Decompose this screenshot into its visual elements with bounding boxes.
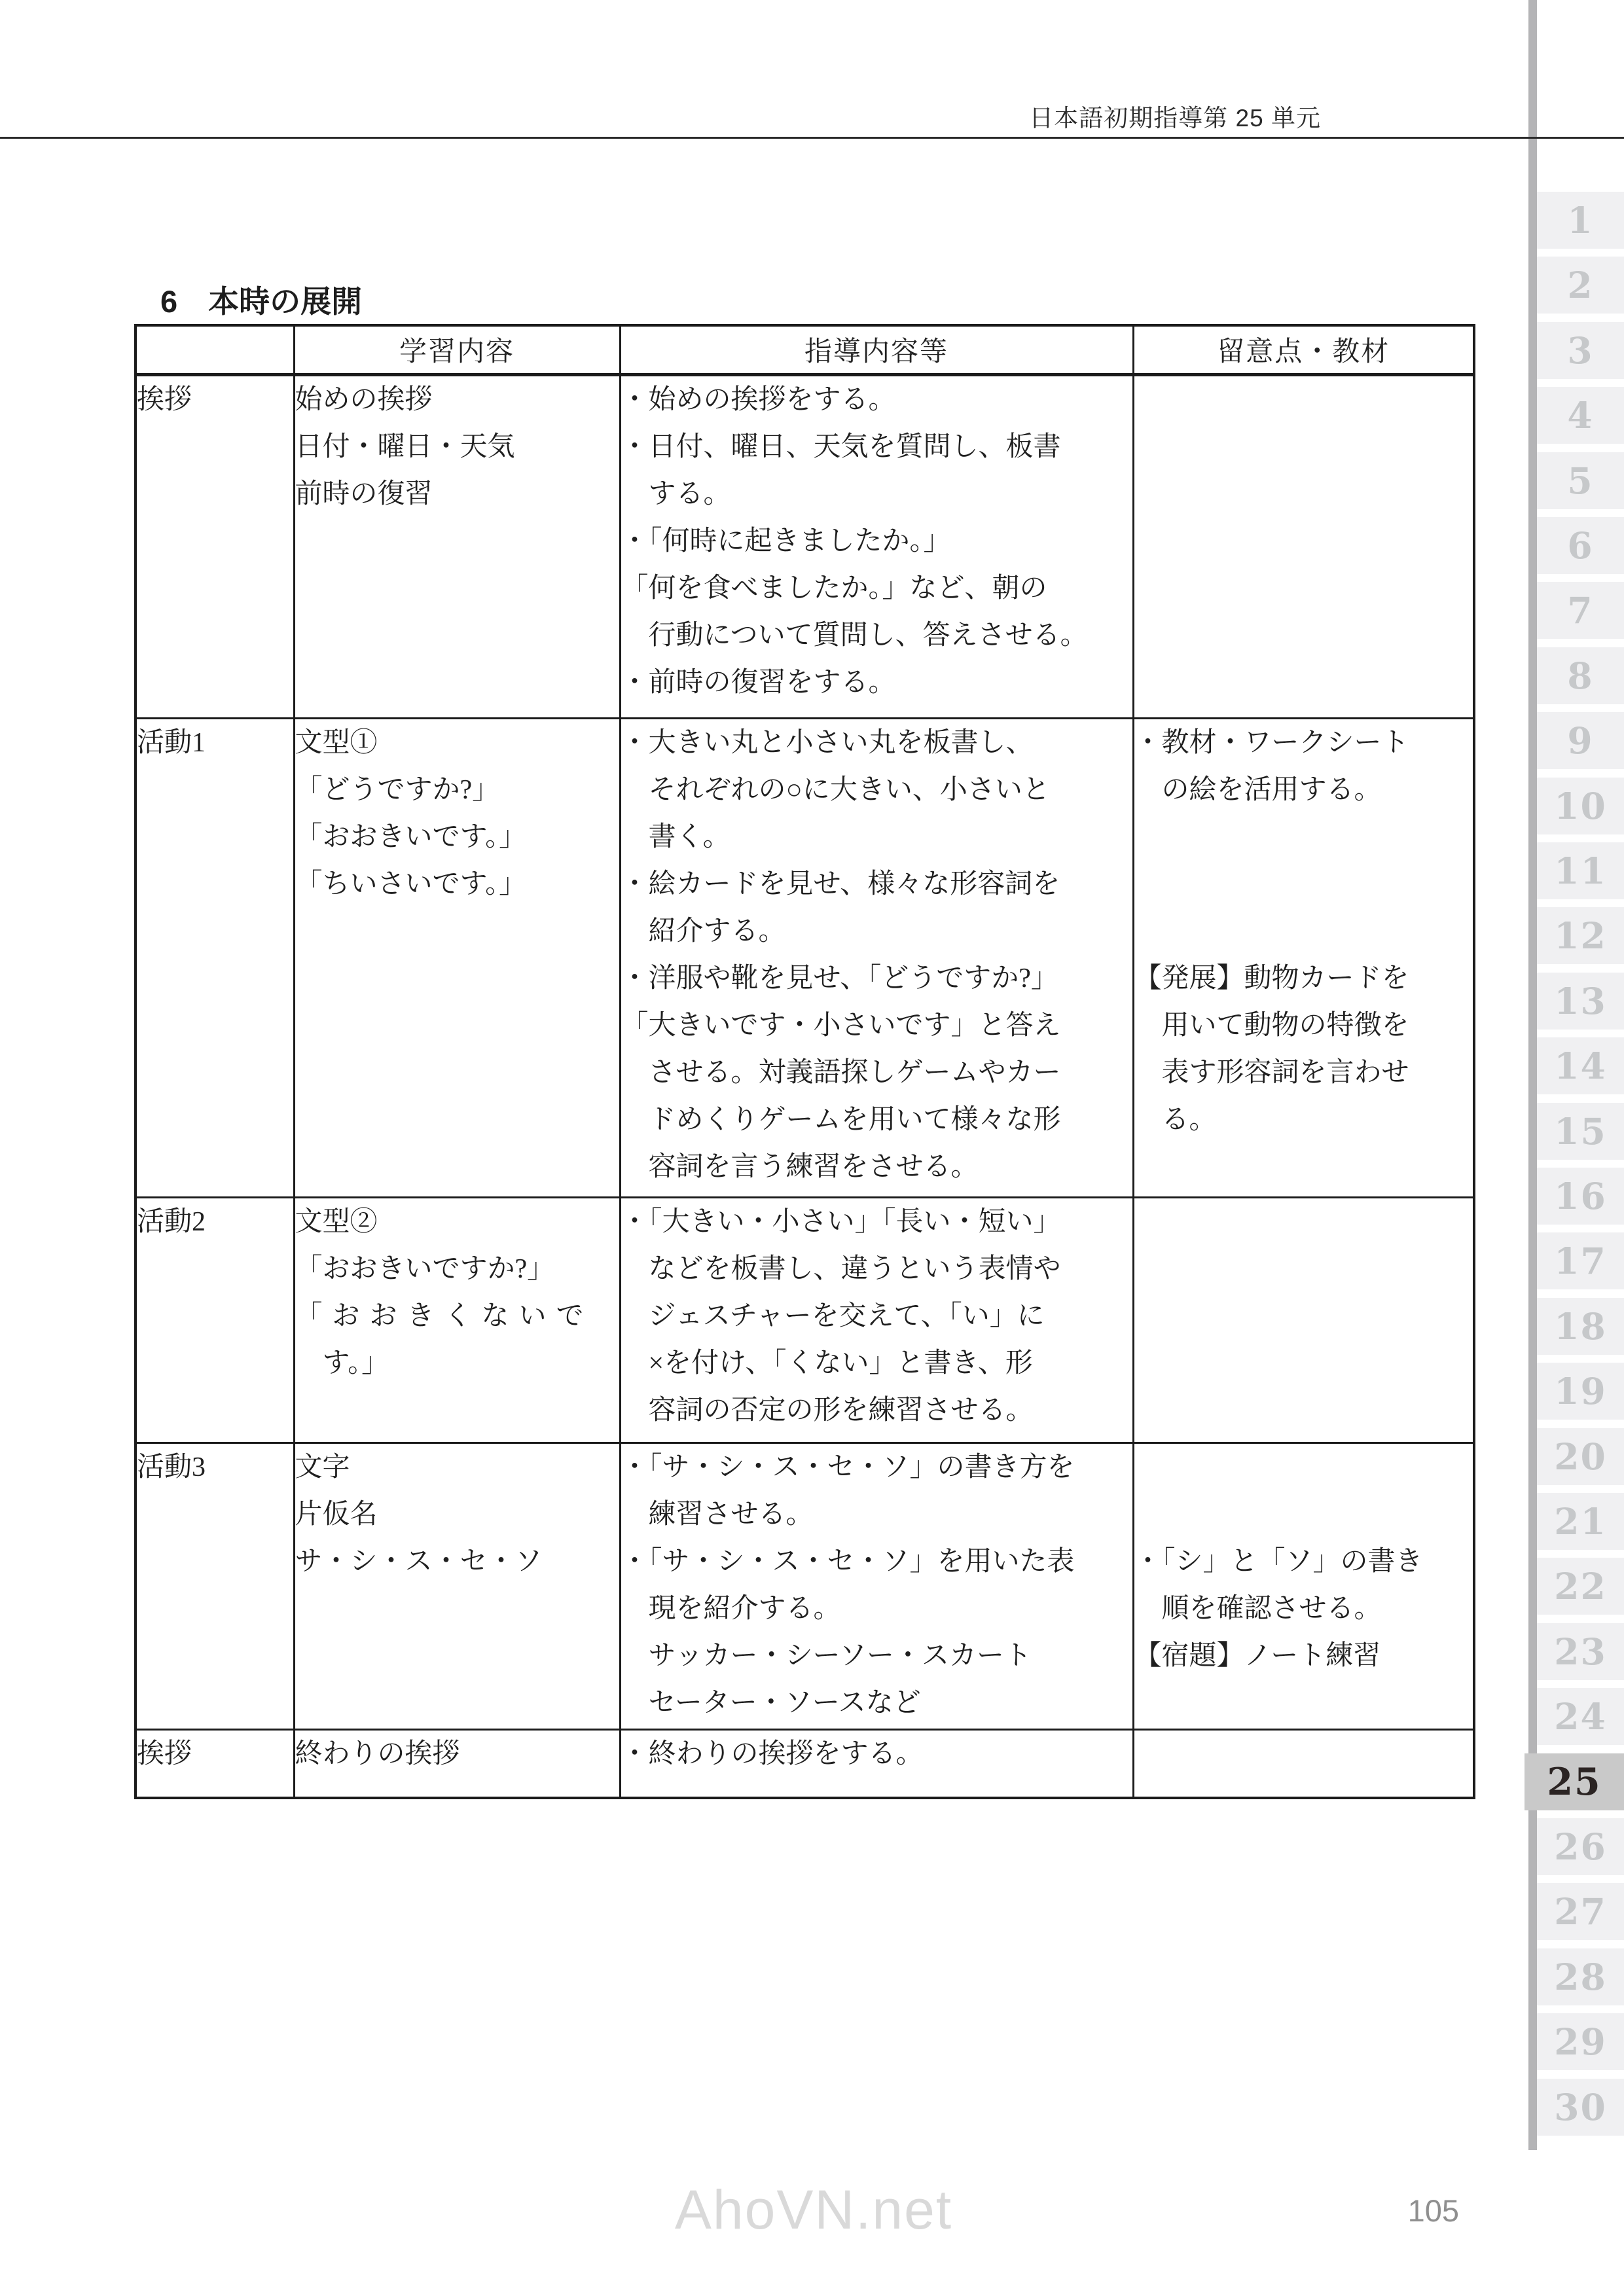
table-row: 活動3文字片仮名サ・シ・ス・セ・ソ・「サ・シ・ス・セ・ソ」の書き方を 練習させる…: [135, 1443, 1474, 1729]
sidebar-unit: 3: [1537, 322, 1624, 379]
sidebar-unit: 15: [1537, 1103, 1624, 1160]
notes-line: [1134, 1444, 1473, 1491]
table-header-cell: 留意点・教材: [1133, 325, 1474, 374]
guidance-line: ×を付け、「くない」と書き、形: [621, 1340, 1132, 1387]
sidebar-unit: 13: [1537, 973, 1624, 1030]
notes-line: ・教材・ワークシート: [1134, 719, 1473, 766]
guidance-line: 書く。: [621, 814, 1132, 861]
learning-line: 「おおきいですか?」: [295, 1246, 619, 1293]
guidance-line: 容詞の否定の形を練習させる。: [621, 1387, 1132, 1434]
learning-line: 終わりの挨拶: [295, 1731, 619, 1778]
notes-materials-cell: [1133, 1197, 1474, 1443]
sidebar-unit: 28: [1537, 1948, 1624, 2005]
learning-line: 日付・曜日・天気: [295, 423, 619, 471]
sidebar-unit: 11: [1537, 842, 1624, 899]
sidebar-unit: 12: [1537, 907, 1624, 964]
notes-line: [1134, 814, 1473, 861]
lesson-table-body: 学習内容指導内容等留意点・教材挨拶始めの挨拶日付・曜日・天気前時の復習・始めの挨…: [135, 325, 1474, 1798]
learning-line: す。」: [295, 1340, 619, 1387]
sidebar-unit: 19: [1537, 1363, 1624, 1420]
guidance-line: ・前時の復習をする。: [621, 659, 1132, 706]
notes-line: ・「シ」と「ソ」の書き: [1134, 1538, 1473, 1585]
sidebar-unit: 21: [1537, 1493, 1624, 1550]
table-row: 挨拶始めの挨拶日付・曜日・天気前時の復習・始めの挨拶をする。・日付、曜日、天気を…: [135, 374, 1474, 718]
sidebar-unit: 14: [1537, 1037, 1624, 1094]
guidance-line: ・「サ・シ・ス・セ・ソ」の書き方を: [621, 1444, 1132, 1491]
learning-line: 「どうですか?」: [295, 766, 619, 814]
sidebar-unit: 27: [1537, 1883, 1624, 1940]
guidance-line: ・終わりの挨拶をする。: [621, 1731, 1132, 1778]
guidance-line: ・大きい丸と小さい丸を板書し、: [621, 719, 1132, 766]
learning-line: 「おおきくないで: [295, 1293, 619, 1340]
notes-line: [1134, 1491, 1473, 1538]
sidebar-unit-active: 25: [1525, 1753, 1624, 1810]
table-header-cell: 学習内容: [294, 325, 620, 374]
phase-label: 活動2: [137, 1198, 293, 1246]
watermark: AhoVN.net: [675, 2178, 952, 2242]
guidance-content-cell: ・大きい丸と小さい丸を板書し、 それぞれの○に大きい、小さいと 書く。・絵カード…: [620, 718, 1133, 1197]
sidebar-unit: 22: [1537, 1558, 1624, 1615]
phase-label: 挨拶: [137, 1731, 293, 1778]
notes-line: [1134, 908, 1473, 955]
learning-content-cell: 文型①「どうですか?」「おおきいです。」「ちいさいです。」: [294, 718, 620, 1197]
learning-content-cell: 終わりの挨拶: [294, 1729, 620, 1798]
learning-line: 片仮名: [295, 1491, 619, 1538]
guidance-line: 行動について質問し、答えさせる。: [621, 612, 1132, 659]
learning-line: サ・シ・ス・セ・ソ: [295, 1538, 619, 1585]
notes-line: の絵を活用する。: [1134, 766, 1473, 814]
sidebar-unit: 4: [1537, 387, 1624, 444]
guidance-line: ジェスチャーを交えて、「い」に: [621, 1293, 1132, 1340]
notes-line: 順を確認させる。: [1134, 1585, 1473, 1632]
learning-line: 「おおきいです。」: [295, 814, 619, 861]
section-title: 6 本時の展開: [160, 278, 362, 321]
guidance-line: ・「何時に起きましたか。」: [621, 518, 1132, 565]
guidance-content-cell: ・「大きい・小さい」「長い・短い」 などを板書し、違うという表情や ジェスチャー…: [620, 1197, 1133, 1443]
notes-line: る。: [1134, 1096, 1473, 1143]
notes-materials-cell: [1133, 374, 1474, 718]
notes-line: 【宿題】ノート練習: [1134, 1632, 1473, 1679]
sidebar-unit: 6: [1537, 517, 1624, 574]
learning-line: 文型①: [295, 719, 619, 766]
notes-line: 表す形容詞を言わせ: [1134, 1049, 1473, 1096]
phase-label: 活動1: [137, 719, 293, 766]
learning-content-cell: 始めの挨拶日付・曜日・天気前時の復習: [294, 374, 620, 718]
sidebar-unit: 24: [1537, 1688, 1624, 1745]
guidance-content-cell: ・始めの挨拶をする。・日付、曜日、天気を質問し、板書 する。・「何時に起きました…: [620, 374, 1133, 718]
table-row: 活動1文型①「どうですか?」「おおきいです。」「ちいさいです。」・大きい丸と小さ…: [135, 718, 1474, 1197]
sidebar-unit: 1: [1537, 192, 1624, 249]
sidebar-unit: 20: [1537, 1428, 1624, 1485]
phase-label-cell: 活動1: [135, 718, 294, 1197]
unit-sidebar-bar: [1528, 0, 1537, 2150]
header-rule: [0, 137, 1624, 139]
guidance-line: する。: [621, 471, 1132, 518]
learning-line: 前時の復習: [295, 471, 619, 518]
guidance-line: サッカー・シーソー・スカート: [621, 1632, 1132, 1679]
table-header-cell: 指導内容等: [620, 325, 1133, 374]
guidance-line: ・始めの挨拶をする。: [621, 376, 1132, 423]
sidebar-unit: 10: [1537, 778, 1624, 834]
learning-line: 始めの挨拶: [295, 376, 619, 423]
table-row: 挨拶終わりの挨拶・終わりの挨拶をする。: [135, 1729, 1474, 1798]
table-row: 活動2文型②「おおきいですか?」「おおきくないで す。」・「大きい・小さい」「長…: [135, 1197, 1474, 1443]
guidance-line: ドめくりゲームを用いて様々な形: [621, 1096, 1132, 1143]
learning-line: 文型②: [295, 1198, 619, 1246]
document-page: 日本語初期指導第 25 単元 6 本時の展開 学習内容指導内容等留意点・教材挨拶…: [0, 0, 1624, 2296]
guidance-line: それぞれの○に大きい、小さいと: [621, 766, 1132, 814]
guidance-line: 「何を食べましたか。」など、朝の: [621, 565, 1132, 612]
notes-materials-cell: ・「シ」と「ソ」の書き 順を確認させる。【宿題】ノート練習: [1133, 1443, 1474, 1729]
learning-line: 文字: [295, 1444, 619, 1491]
phase-label-cell: 挨拶: [135, 374, 294, 718]
sidebar-unit: 2: [1537, 257, 1624, 314]
guidance-line: 容詞を言う練習をさせる。: [621, 1143, 1132, 1191]
sidebar-unit: 9: [1537, 712, 1624, 769]
guidance-content-cell: ・終わりの挨拶をする。: [620, 1729, 1133, 1798]
learning-content-cell: 文型②「おおきいですか?」「おおきくないで す。」: [294, 1197, 620, 1443]
guidance-content-cell: ・「サ・シ・ス・セ・ソ」の書き方を 練習させる。・「サ・シ・ス・セ・ソ」を用いた…: [620, 1443, 1133, 1729]
notes-materials-cell: [1133, 1729, 1474, 1798]
lesson-table-wrap: 学習内容指導内容等留意点・教材挨拶始めの挨拶日付・曜日・天気前時の復習・始めの挨…: [134, 324, 1475, 1799]
notes-line: [1134, 861, 1473, 908]
guidance-line: ・日付、曜日、天気を質問し、板書: [621, 423, 1132, 471]
guidance-line: 「大きいです・小さいです」と答え: [621, 1002, 1132, 1049]
guidance-line: ・絵カードを見せ、様々な形容詞を: [621, 861, 1132, 908]
phase-label-cell: 活動3: [135, 1443, 294, 1729]
lesson-table: 学習内容指導内容等留意点・教材挨拶始めの挨拶日付・曜日・天気前時の復習・始めの挨…: [134, 324, 1475, 1799]
notes-line: 【発展】動物カードを: [1134, 955, 1473, 1002]
learning-content-cell: 文字片仮名サ・シ・ス・セ・ソ: [294, 1443, 620, 1729]
guidance-line: などを板書し、違うという表情や: [621, 1246, 1132, 1293]
notes-line: 用いて動物の特徴を: [1134, 1002, 1473, 1049]
guidance-line: セーター・ソースなど: [621, 1679, 1132, 1727]
guidance-line: させる。対義語探しゲームやカー: [621, 1049, 1132, 1096]
table-header-cell: [135, 325, 294, 374]
sidebar-unit: 29: [1537, 2013, 1624, 2070]
notes-materials-cell: ・教材・ワークシート の絵を活用する。 【発展】動物カードを 用いて動物の特徴を…: [1133, 718, 1474, 1197]
page-number: 105: [1408, 2193, 1459, 2229]
sidebar-unit: 30: [1537, 2079, 1624, 2136]
phase-label-cell: 活動2: [135, 1197, 294, 1443]
guidance-line: ・「大きい・小さい」「長い・短い」: [621, 1198, 1132, 1246]
sidebar-unit: 18: [1537, 1298, 1624, 1355]
phase-label: 活動3: [137, 1444, 293, 1491]
sidebar-unit: 17: [1537, 1232, 1624, 1289]
sidebar-unit: 5: [1537, 452, 1624, 509]
learning-line: 「ちいさいです。」: [295, 861, 619, 908]
sidebar-unit: 26: [1537, 1818, 1624, 1875]
guidance-line: 練習させる。: [621, 1491, 1132, 1538]
guidance-line: ・「サ・シ・ス・セ・ソ」を用いた表: [621, 1538, 1132, 1585]
sidebar-unit: 23: [1537, 1623, 1624, 1680]
guidance-line: ・洋服や靴を見せ、「どうですか?」: [621, 955, 1132, 1002]
sidebar-unit: 7: [1537, 582, 1624, 639]
phase-label: 挨拶: [137, 376, 293, 423]
guidance-line: 紹介する。: [621, 908, 1132, 955]
running-header: 日本語初期指導第 25 単元: [1029, 98, 1321, 134]
sidebar-unit: 8: [1537, 647, 1624, 704]
sidebar-unit: 16: [1537, 1168, 1624, 1225]
phase-label-cell: 挨拶: [135, 1729, 294, 1798]
guidance-line: 現を紹介する。: [621, 1585, 1132, 1632]
table-header-row: 学習内容指導内容等留意点・教材: [135, 325, 1474, 374]
